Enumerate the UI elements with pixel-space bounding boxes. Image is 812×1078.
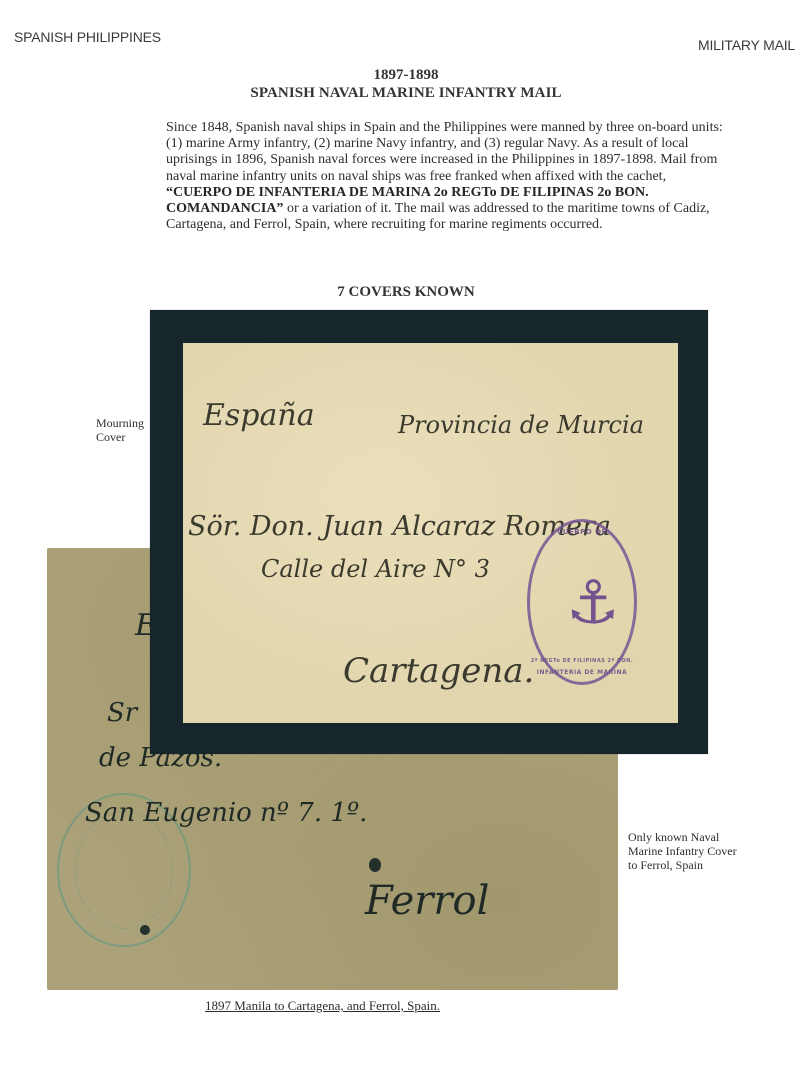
- mourning-cover-province: Provincia de Murcia: [398, 411, 644, 439]
- intro-paragraph: Since 1848, Spanish naval ships in Spain…: [166, 120, 726, 233]
- ink-blot: [369, 858, 381, 872]
- mourning-cover-paper: España Provincia de Murcia Sör. Don. Jua…: [183, 343, 678, 723]
- header-section-label: SPANISH PHILIPPINES: [14, 29, 161, 45]
- anchor-crown-icon: ⚓: [566, 558, 600, 648]
- ferrol-cover-city: Ferrol: [365, 878, 489, 924]
- ferrol-cover-note: Only known Naval Marine Infantry Cover t…: [628, 830, 738, 872]
- mourning-cover-country: España: [203, 398, 315, 433]
- cachet-inner-text: 2º REGTo DE FILIPINAS 2º BON.: [530, 658, 634, 664]
- header-category-label: MILITARY MAIL: [698, 37, 795, 53]
- ink-blot: [140, 925, 150, 935]
- ferrol-cover-line-2: Sr: [107, 698, 137, 728]
- mourning-cover-street: Calle del Aire N° 3: [261, 555, 490, 583]
- ferrol-cover-line-4: San Eugenio nº 7. 1º.: [85, 798, 367, 828]
- page-year: 1897-1898: [0, 67, 812, 84]
- cachet-top-text: CUERPO DE: [530, 528, 634, 536]
- covers-known-heading: 7 COVERS KNOWN: [0, 284, 812, 301]
- exhibit-caption: 1897 Manila to Cartagena, and Ferrol, Sp…: [205, 998, 440, 1014]
- mourning-cover-note: Mourning Cover: [96, 416, 156, 444]
- mourning-cover-city: Cartagena.: [343, 651, 534, 691]
- page-title: SPANISH NAVAL MARINE INFANTRY MAIL: [0, 85, 812, 102]
- intro-text-part1: Since 1848, Spanish naval ships in Spain…: [166, 120, 723, 184]
- mourning-cover-image: España Provincia de Murcia Sör. Don. Jua…: [150, 310, 708, 754]
- cachet-bottom-text: INFANTERIA DE MARINA: [530, 669, 634, 676]
- purple-oval-cachet: CUERPO DE ⚓ INFANTERIA DE MARINA 2º REGT…: [527, 519, 637, 685]
